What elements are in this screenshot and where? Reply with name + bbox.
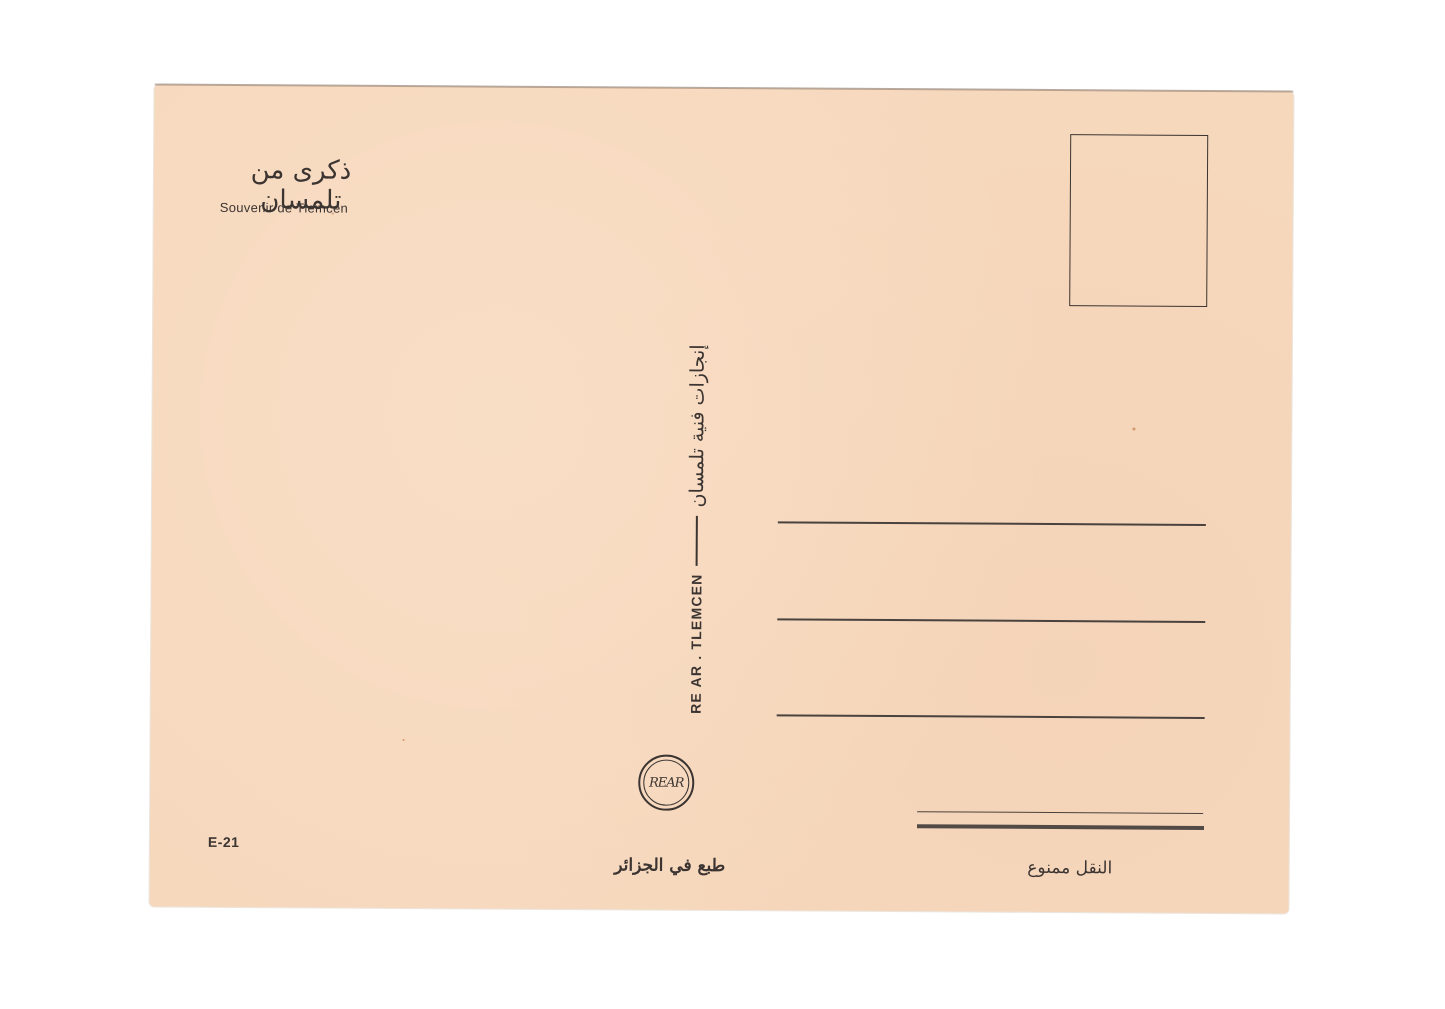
printed-in-label: طبع في الجزائر: [590, 855, 750, 876]
divider-dash: [696, 515, 698, 565]
postcard-back: ذكرى من تلمسان Souvenir de Tlemcen E-21 …: [149, 85, 1293, 914]
address-line-2: [777, 618, 1205, 622]
foxing-spot: [1132, 428, 1135, 431]
publisher-arabic: إنجازات فنية تلمسان: [686, 344, 709, 507]
logo-monogram: REAR: [643, 760, 689, 806]
publisher-logo-icon: REAR: [638, 754, 694, 810]
address-line-3: [777, 714, 1205, 718]
address-underline-thick: [917, 824, 1204, 830]
publisher-imprint: RE AR . TLEMCEN إنجازات فنية تلمسان: [666, 244, 699, 714]
card-code: E-21: [208, 834, 240, 850]
foxing-spot: [403, 739, 405, 741]
publisher-latin: RE AR . TLEMCEN: [688, 573, 705, 713]
stamp-placeholder: [1069, 134, 1208, 307]
title-french: Souvenir de Tlemcen: [220, 200, 348, 216]
address-line-4: [917, 811, 1203, 814]
address-line-1: [778, 521, 1206, 525]
foxing-spot: [332, 213, 334, 215]
reproduction-notice: النقل ممنوع: [1000, 858, 1140, 879]
